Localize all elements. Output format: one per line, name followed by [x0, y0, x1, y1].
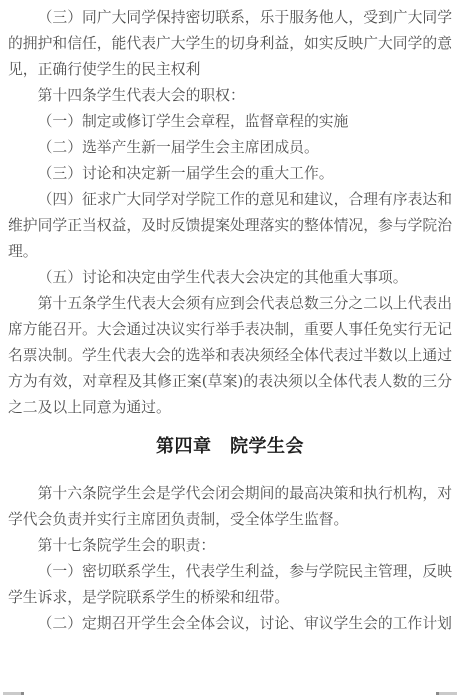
- paragraph-duty-1: （一）密切联系学生，代表学生利益，参与学院民主管理，反映学生诉求，是学院联系学生…: [8, 559, 452, 611]
- paragraph-item-3: （三）讨论和决定新一届学生会的重大工作。: [8, 161, 452, 187]
- paragraph-item-5: （五）讨论和决定由学生代表大会决定的其他重大事项。: [8, 265, 452, 291]
- document-page: （三）同广大同学保持密切联系，乐于服务他人，受到广大同学的拥护和信任，能代表广大…: [0, 0, 460, 696]
- page-edge-fragment-right: [436, 692, 457, 695]
- paragraph-item-4: （四）征求广大同学对学院工作的意见和建议，合理有序表达和维护同学正当权益，及时反…: [8, 187, 452, 265]
- page-edge-fragment-left: [3, 692, 24, 695]
- page-edge-dot-left: [21, 692, 24, 695]
- paragraph-article-17: 第十七条院学生会的职责：: [8, 533, 452, 559]
- page-edge-dot-right: [436, 692, 439, 695]
- paragraph-clause-3-continued: （三）同广大同学保持密切联系，乐于服务他人，受到广大同学的拥护和信任，能代表广大…: [8, 5, 452, 83]
- paragraph-article-15: 第十五条学生代表大会须有应到会代表总数三分之二以上代表出席方能召开。大会通过决议…: [8, 291, 452, 421]
- paragraph-duty-2: （二）定期召开学生会全体会议，讨论、审议学生会的工作计划: [8, 611, 452, 637]
- paragraph-item-1: （一）制定或修订学生会章程，监督章程的实施: [8, 109, 452, 135]
- chapter-heading: 第四章 院学生会: [8, 435, 452, 459]
- paragraph-item-2: （二）选举产生新一届学生会主席团成员。: [8, 135, 452, 161]
- paragraph-article-16: 第十六条院学生会是学代会闭会期间的最高决策和执行机构，对学代会负责并实行主席团负…: [8, 481, 452, 533]
- paragraph-article-14: 第十四条学生代表大会的职权：: [8, 83, 452, 109]
